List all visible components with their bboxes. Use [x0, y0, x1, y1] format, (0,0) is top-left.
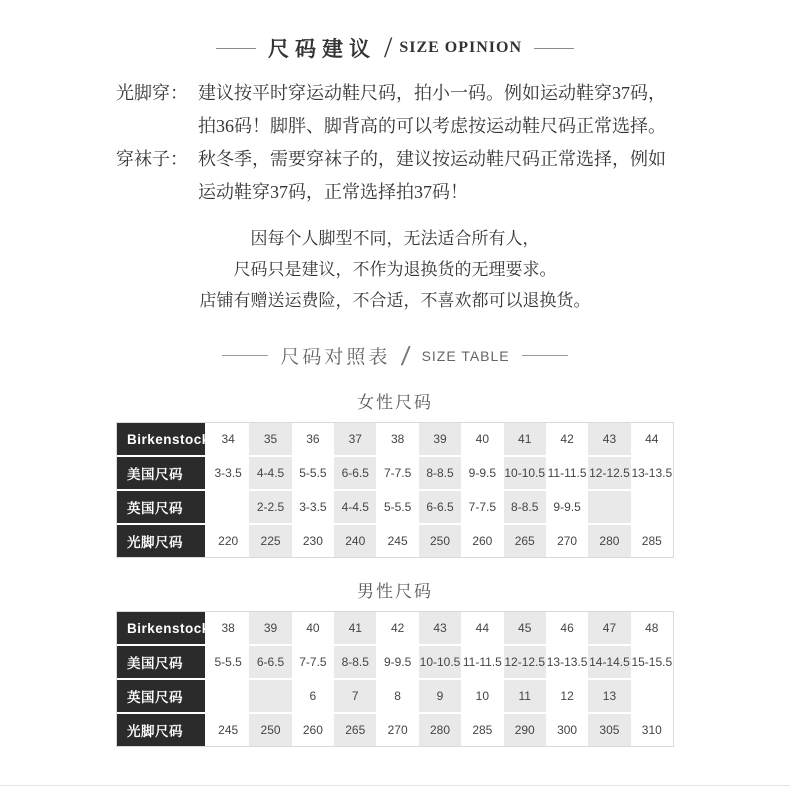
size-cell: 41 [334, 612, 376, 644]
size-cell: 38 [207, 612, 249, 644]
size-cell: 250 [419, 525, 461, 557]
size-cell: 290 [504, 714, 546, 746]
size-cell: 34 [207, 423, 249, 455]
note-line: 店铺有赠送运费险，不合适，不喜欢都可以退换货。 [0, 285, 790, 316]
size-cell: 12 [546, 680, 588, 712]
size-cell: 280 [588, 525, 630, 557]
size-cell: 44 [631, 423, 673, 455]
suggestion-barefoot: 光脚穿： 建议按平时穿运动鞋尺码，拍小一码。例如运动鞋穿37码，拍36码！脚胖、… [116, 77, 674, 143]
size-cell: 260 [292, 714, 334, 746]
size-cell: 7-7.5 [292, 646, 334, 678]
suggestion-text: 建议按平时穿运动鞋尺码，拍小一码。例如运动鞋穿37码，拍36码！脚胖、脚背高的可… [198, 77, 674, 143]
size-cell: 9-9.5 [376, 646, 418, 678]
slash-divider: / [401, 347, 411, 365]
size-cell: 5-5.5 [376, 491, 418, 523]
size-cell: 270 [376, 714, 418, 746]
size-cell [631, 680, 673, 712]
size-cell: 10 [461, 680, 503, 712]
size-cell: 11-11.5 [461, 646, 503, 678]
size-cell: 285 [631, 525, 673, 557]
size-cell: 43 [588, 423, 630, 455]
row-header: Birkenstock [117, 423, 207, 455]
size-cell: 220 [207, 525, 249, 557]
size-cell: 4-4.5 [334, 491, 376, 523]
size-table-header: 尺码对照表 / SIZE TABLE [0, 342, 790, 369]
size-cell: 6-6.5 [249, 646, 291, 678]
size-cell: 300 [546, 714, 588, 746]
size-table-title-cn: 尺码对照表 [280, 342, 390, 369]
size-cell: 39 [249, 612, 291, 644]
row-header: 光脚尺码 [117, 525, 207, 557]
size-cell: 13-13.5 [631, 457, 673, 489]
size-cell: 42 [376, 612, 418, 644]
size-cell: 5-5.5 [207, 646, 249, 678]
note-line: 因每个人脚型不同，无法适合所有人， [0, 223, 790, 254]
size-cell: 225 [249, 525, 291, 557]
size-cell: 12-12.5 [588, 457, 630, 489]
suggestion-label: 光脚穿： [116, 77, 198, 143]
size-cell: 9-9.5 [546, 491, 588, 523]
row-header: 美国尺码 [117, 457, 207, 489]
size-cell: 12-12.5 [504, 646, 546, 678]
size-cell: 6 [292, 680, 334, 712]
note-line: 尺码只是建议，不作为退换货的无理要求。 [0, 254, 790, 285]
row-header: 英国尺码 [117, 680, 207, 712]
size-cell: 36 [292, 423, 334, 455]
size-cell: 8-8.5 [334, 646, 376, 678]
row-header: 美国尺码 [117, 646, 207, 678]
size-opinion-title-en: SIZE OPINION [399, 39, 522, 57]
size-cell: 48 [631, 612, 673, 644]
size-cell: 245 [376, 525, 418, 557]
size-cell: 45 [504, 612, 546, 644]
size-cell: 6-6.5 [419, 491, 461, 523]
size-cell: 2-2.5 [249, 491, 291, 523]
size-cell [631, 491, 673, 523]
size-cell: 8-8.5 [504, 491, 546, 523]
size-table-title-en: SIZE TABLE [422, 348, 510, 364]
size-cell: 260 [461, 525, 503, 557]
size-cell: 37 [334, 423, 376, 455]
size-cell: 305 [588, 714, 630, 746]
size-cell: 270 [546, 525, 588, 557]
size-cell: 310 [631, 714, 673, 746]
size-cell: 46 [546, 612, 588, 644]
size-cell: 43 [419, 612, 461, 644]
size-suggestions: 光脚穿： 建议按平时穿运动鞋尺码，拍小一码。例如运动鞋穿37码，拍36码！脚胖、… [116, 77, 674, 209]
size-cell: 6-6.5 [334, 457, 376, 489]
size-cell: 10-10.5 [504, 457, 546, 489]
size-cell: 15-15.5 [631, 646, 673, 678]
size-cell [588, 491, 630, 523]
size-cell: 47 [588, 612, 630, 644]
size-cell: 3-3.5 [292, 491, 334, 523]
size-cell [207, 680, 249, 712]
size-cell: 240 [334, 525, 376, 557]
size-cell: 40 [292, 612, 334, 644]
size-grid: Birkenstock3839404142434445464748美国尺码5-5… [117, 612, 673, 746]
slash-divider: / [384, 38, 392, 58]
size-cell: 11 [504, 680, 546, 712]
size-cell: 250 [249, 714, 291, 746]
size-cell: 13-13.5 [546, 646, 588, 678]
size-cell: 245 [207, 714, 249, 746]
size-cell: 265 [334, 714, 376, 746]
size-cell: 9 [419, 680, 461, 712]
row-header: 光脚尺码 [117, 714, 207, 746]
size-cell: 38 [376, 423, 418, 455]
size-cell: 280 [419, 714, 461, 746]
header-rule-left [222, 355, 268, 356]
row-header: 英国尺码 [117, 491, 207, 523]
women-table-title: 女性尺码 [0, 388, 790, 413]
size-cell [207, 491, 249, 523]
size-cell: 4-4.5 [249, 457, 291, 489]
size-cell: 11-11.5 [546, 457, 588, 489]
size-cell: 285 [461, 714, 503, 746]
size-cell: 7 [334, 680, 376, 712]
size-cell: 230 [292, 525, 334, 557]
size-cell: 7-7.5 [376, 457, 418, 489]
size-cell: 40 [461, 423, 503, 455]
size-cell: 42 [546, 423, 588, 455]
return-policy-note: 因每个人脚型不同，无法适合所有人， 尺码只是建议，不作为退换货的无理要求。 店铺… [0, 223, 790, 316]
size-table-women: Birkenstock3435363738394041424344美国尺码3-3… [116, 422, 674, 558]
size-cell: 9-9.5 [461, 457, 503, 489]
size-cell: 13 [588, 680, 630, 712]
size-cell: 5-5.5 [292, 457, 334, 489]
size-cell: 8 [376, 680, 418, 712]
bottom-divider [0, 785, 790, 786]
size-table-men: Birkenstock3839404142434445464748美国尺码5-5… [116, 611, 674, 747]
size-cell: 3-3.5 [207, 457, 249, 489]
size-cell: 35 [249, 423, 291, 455]
size-cell: 7-7.5 [461, 491, 503, 523]
suggestion-text: 秋冬季，需要穿袜子的，建议按运动鞋尺码正常选择，例如运动鞋穿37码，正常选择拍3… [198, 143, 674, 209]
size-cell: 14-14.5 [588, 646, 630, 678]
size-opinion-title-cn: 尺码建议 [268, 33, 376, 63]
size-cell [249, 680, 291, 712]
men-table-title: 男性尺码 [0, 577, 790, 602]
size-cell: 39 [419, 423, 461, 455]
header-rule-right [534, 48, 574, 49]
size-cell: 265 [504, 525, 546, 557]
size-cell: 41 [504, 423, 546, 455]
size-grid: Birkenstock3435363738394041424344美国尺码3-3… [117, 423, 673, 557]
size-opinion-header: 尺码建议 / SIZE OPINION [0, 0, 790, 63]
size-cell: 44 [461, 612, 503, 644]
suggestion-label: 穿袜子： [116, 143, 198, 209]
size-cell: 8-8.5 [419, 457, 461, 489]
size-cell: 10-10.5 [419, 646, 461, 678]
row-header: Birkenstock [117, 612, 207, 644]
suggestion-socks: 穿袜子： 秋冬季，需要穿袜子的，建议按运动鞋尺码正常选择，例如运动鞋穿37码，正… [116, 143, 674, 209]
header-rule-left [216, 48, 256, 49]
header-rule-right [522, 355, 568, 356]
